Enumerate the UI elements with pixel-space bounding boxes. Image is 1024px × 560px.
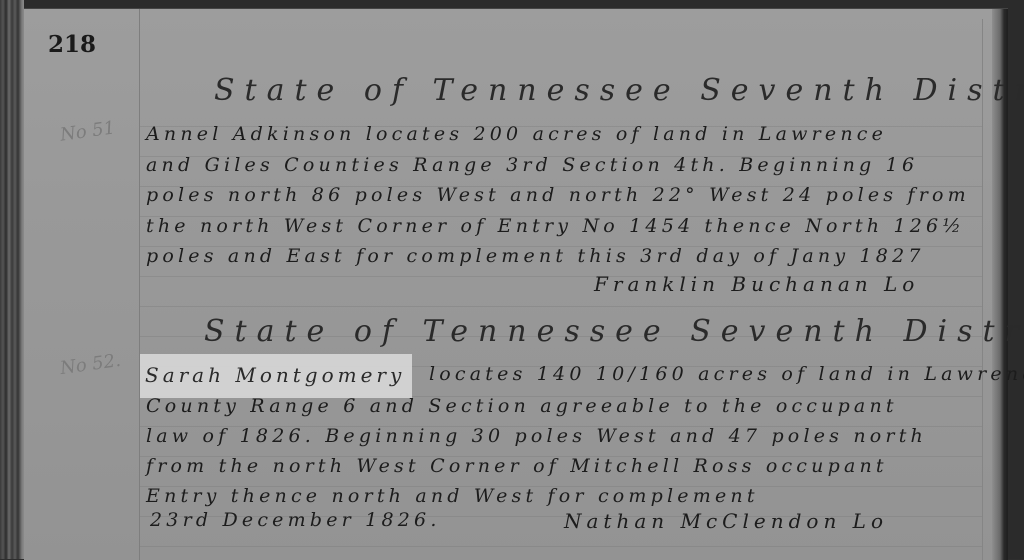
entry-heading: State of Tennessee Seventh District — [204, 314, 1024, 349]
ruled-line — [140, 546, 982, 547]
entry-text-line: from the north West Corner of Mitchell R… — [146, 455, 888, 477]
entry-text-line: Entry thence north and West for compleme… — [146, 485, 759, 507]
entry-signature: Franklin Buchanan Lo — [594, 272, 919, 296]
entry-text-line: the north West Corner of Entry No 1454 t… — [146, 215, 965, 237]
entry-text-line: locates 140 10/160 acres of land in Lawr… — [429, 363, 1024, 385]
entry-text-line: County Range 6 and Section agreeable to … — [146, 395, 898, 417]
entry-text-line: poles north 86 poles West and north 22° … — [146, 184, 970, 206]
entry-text-line: 23rd December 1826. — [150, 509, 441, 531]
entry-text-line: Annel Adkinson locates 200 acres of land… — [146, 123, 887, 145]
ruled-line — [140, 306, 982, 307]
entry-text-line: and Giles Counties Range 3rd Section 4th… — [146, 154, 918, 176]
scan-frame: 218 No 51 State of Tennessee Seventh Dis… — [0, 0, 1024, 559]
margin-line — [139, 9, 140, 559]
page-number: 218 — [48, 31, 96, 58]
entry-heading: State of Tennessee Seventh District — [214, 73, 1024, 108]
book-binding — [0, 0, 24, 559]
entry-signature: Nathan McClendon Lo — [564, 509, 888, 533]
highlighted-name[interactable]: Sarah Montgomery — [145, 363, 405, 387]
entry-text-line: law of 1826. Beginning 30 poles West and… — [146, 425, 927, 447]
ledger-page: 218 No 51 State of Tennessee Seventh Dis… — [24, 8, 1008, 559]
entry-number: No 52. — [59, 350, 122, 379]
entry-number: No 51 — [59, 117, 117, 145]
entry-text-line: poles and East for complement this 3rd d… — [146, 245, 925, 267]
